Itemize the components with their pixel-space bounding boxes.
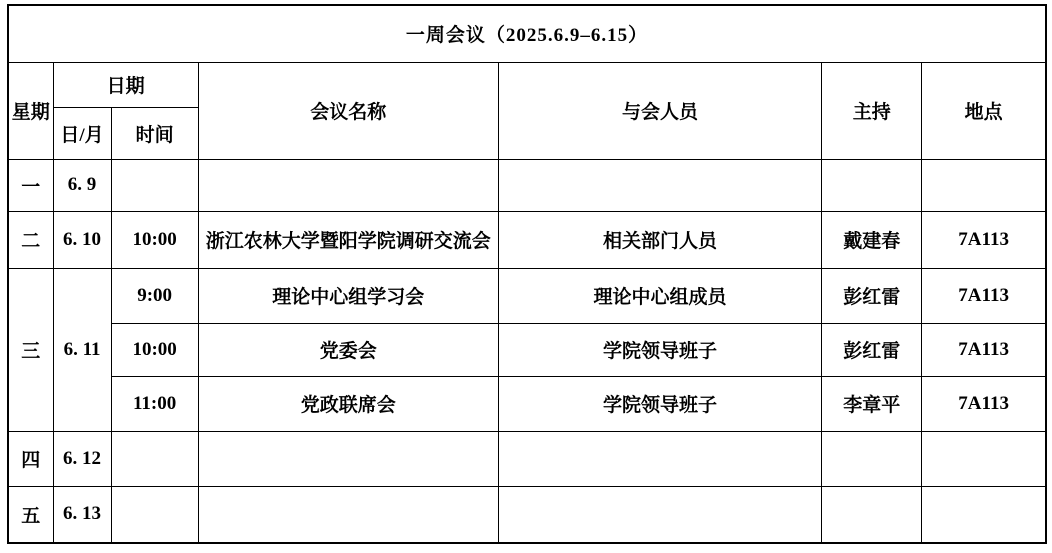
date-cell: 6. 13 [53,486,111,543]
table-row-monday: 一 6. 9 [8,159,1046,211]
time-cell: 9:00 [111,268,198,323]
host-cell: 彭红雷 [822,323,922,376]
header-row-top: 星期 日期 会议名称 与会人员 主持 地点 [8,62,1046,107]
time-cell [111,486,198,543]
host-cell [822,159,922,211]
weekday-cell: 三 [8,268,53,431]
meeting-name-cell: 党政联席会 [198,376,498,431]
col-header-location: 地点 [922,62,1046,159]
date-cell: 6. 11 [53,268,111,431]
date-cell: 6. 12 [53,431,111,486]
attendees-cell: 相关部门人员 [498,211,821,268]
meeting-name-cell [198,159,498,211]
weekday-cell: 四 [8,431,53,486]
location-cell: 7A113 [922,323,1046,376]
meeting-name-cell: 理论中心组学习会 [198,268,498,323]
attendees-cell [498,431,821,486]
attendees-cell: 学院领导班子 [498,323,821,376]
location-cell: 7A113 [922,376,1046,431]
time-cell: 10:00 [111,323,198,376]
col-header-weekday: 星期 [8,62,53,159]
date-cell: 6. 9 [53,159,111,211]
weekday-cell: 二 [8,211,53,268]
table-row-thursday: 四 6. 12 [8,431,1046,486]
attendees-cell [498,159,821,211]
host-cell: 戴建春 [822,211,922,268]
host-cell [822,431,922,486]
host-cell [822,486,922,543]
col-header-day-month: 日/月 [53,107,111,159]
time-cell [111,431,198,486]
location-cell: 7A113 [922,268,1046,323]
col-header-time: 时间 [111,107,198,159]
meeting-name-cell: 党委会 [198,323,498,376]
schedule-page: 一周会议（2025.6.9–6.15） 星期 日期 会议名称 与会人员 主持 地… [7,4,1047,544]
location-cell [922,431,1046,486]
weekday-cell: 一 [8,159,53,211]
table-row-wednesday-2: 10:00 党委会 学院领导班子 彭红雷 7A113 [8,323,1046,376]
location-cell [922,486,1046,543]
col-header-attendees: 与会人员 [498,62,821,159]
table-row-wednesday-3: 11:00 党政联席会 学院领导班子 李章平 7A113 [8,376,1046,431]
time-cell [111,159,198,211]
table-row-tuesday: 二 6. 10 10:00 浙江农林大学暨阳学院调研交流会 相关部门人员 戴建春… [8,211,1046,268]
col-header-host: 主持 [822,62,922,159]
date-cell: 6. 10 [53,211,111,268]
attendees-cell: 学院领导班子 [498,376,821,431]
weekly-meeting-table: 一周会议（2025.6.9–6.15） 星期 日期 会议名称 与会人员 主持 地… [7,4,1047,544]
attendees-cell [498,486,821,543]
host-cell: 李章平 [822,376,922,431]
location-cell: 7A113 [922,211,1046,268]
time-cell: 10:00 [111,211,198,268]
time-cell: 11:00 [111,376,198,431]
meeting-name-cell [198,486,498,543]
weekday-cell: 五 [8,486,53,543]
host-cell: 彭红雷 [822,268,922,323]
title-row: 一周会议（2025.6.9–6.15） [8,5,1046,62]
location-cell [922,159,1046,211]
col-header-date-group: 日期 [53,62,198,107]
meeting-name-cell [198,431,498,486]
table-row-friday: 五 6. 13 [8,486,1046,543]
attendees-cell: 理论中心组成员 [498,268,821,323]
meeting-name-cell: 浙江农林大学暨阳学院调研交流会 [198,211,498,268]
page-title: 一周会议（2025.6.9–6.15） [8,5,1046,62]
col-header-meeting-name: 会议名称 [198,62,498,159]
table-row-wednesday-1: 三 6. 11 9:00 理论中心组学习会 理论中心组成员 彭红雷 7A113 [8,268,1046,323]
